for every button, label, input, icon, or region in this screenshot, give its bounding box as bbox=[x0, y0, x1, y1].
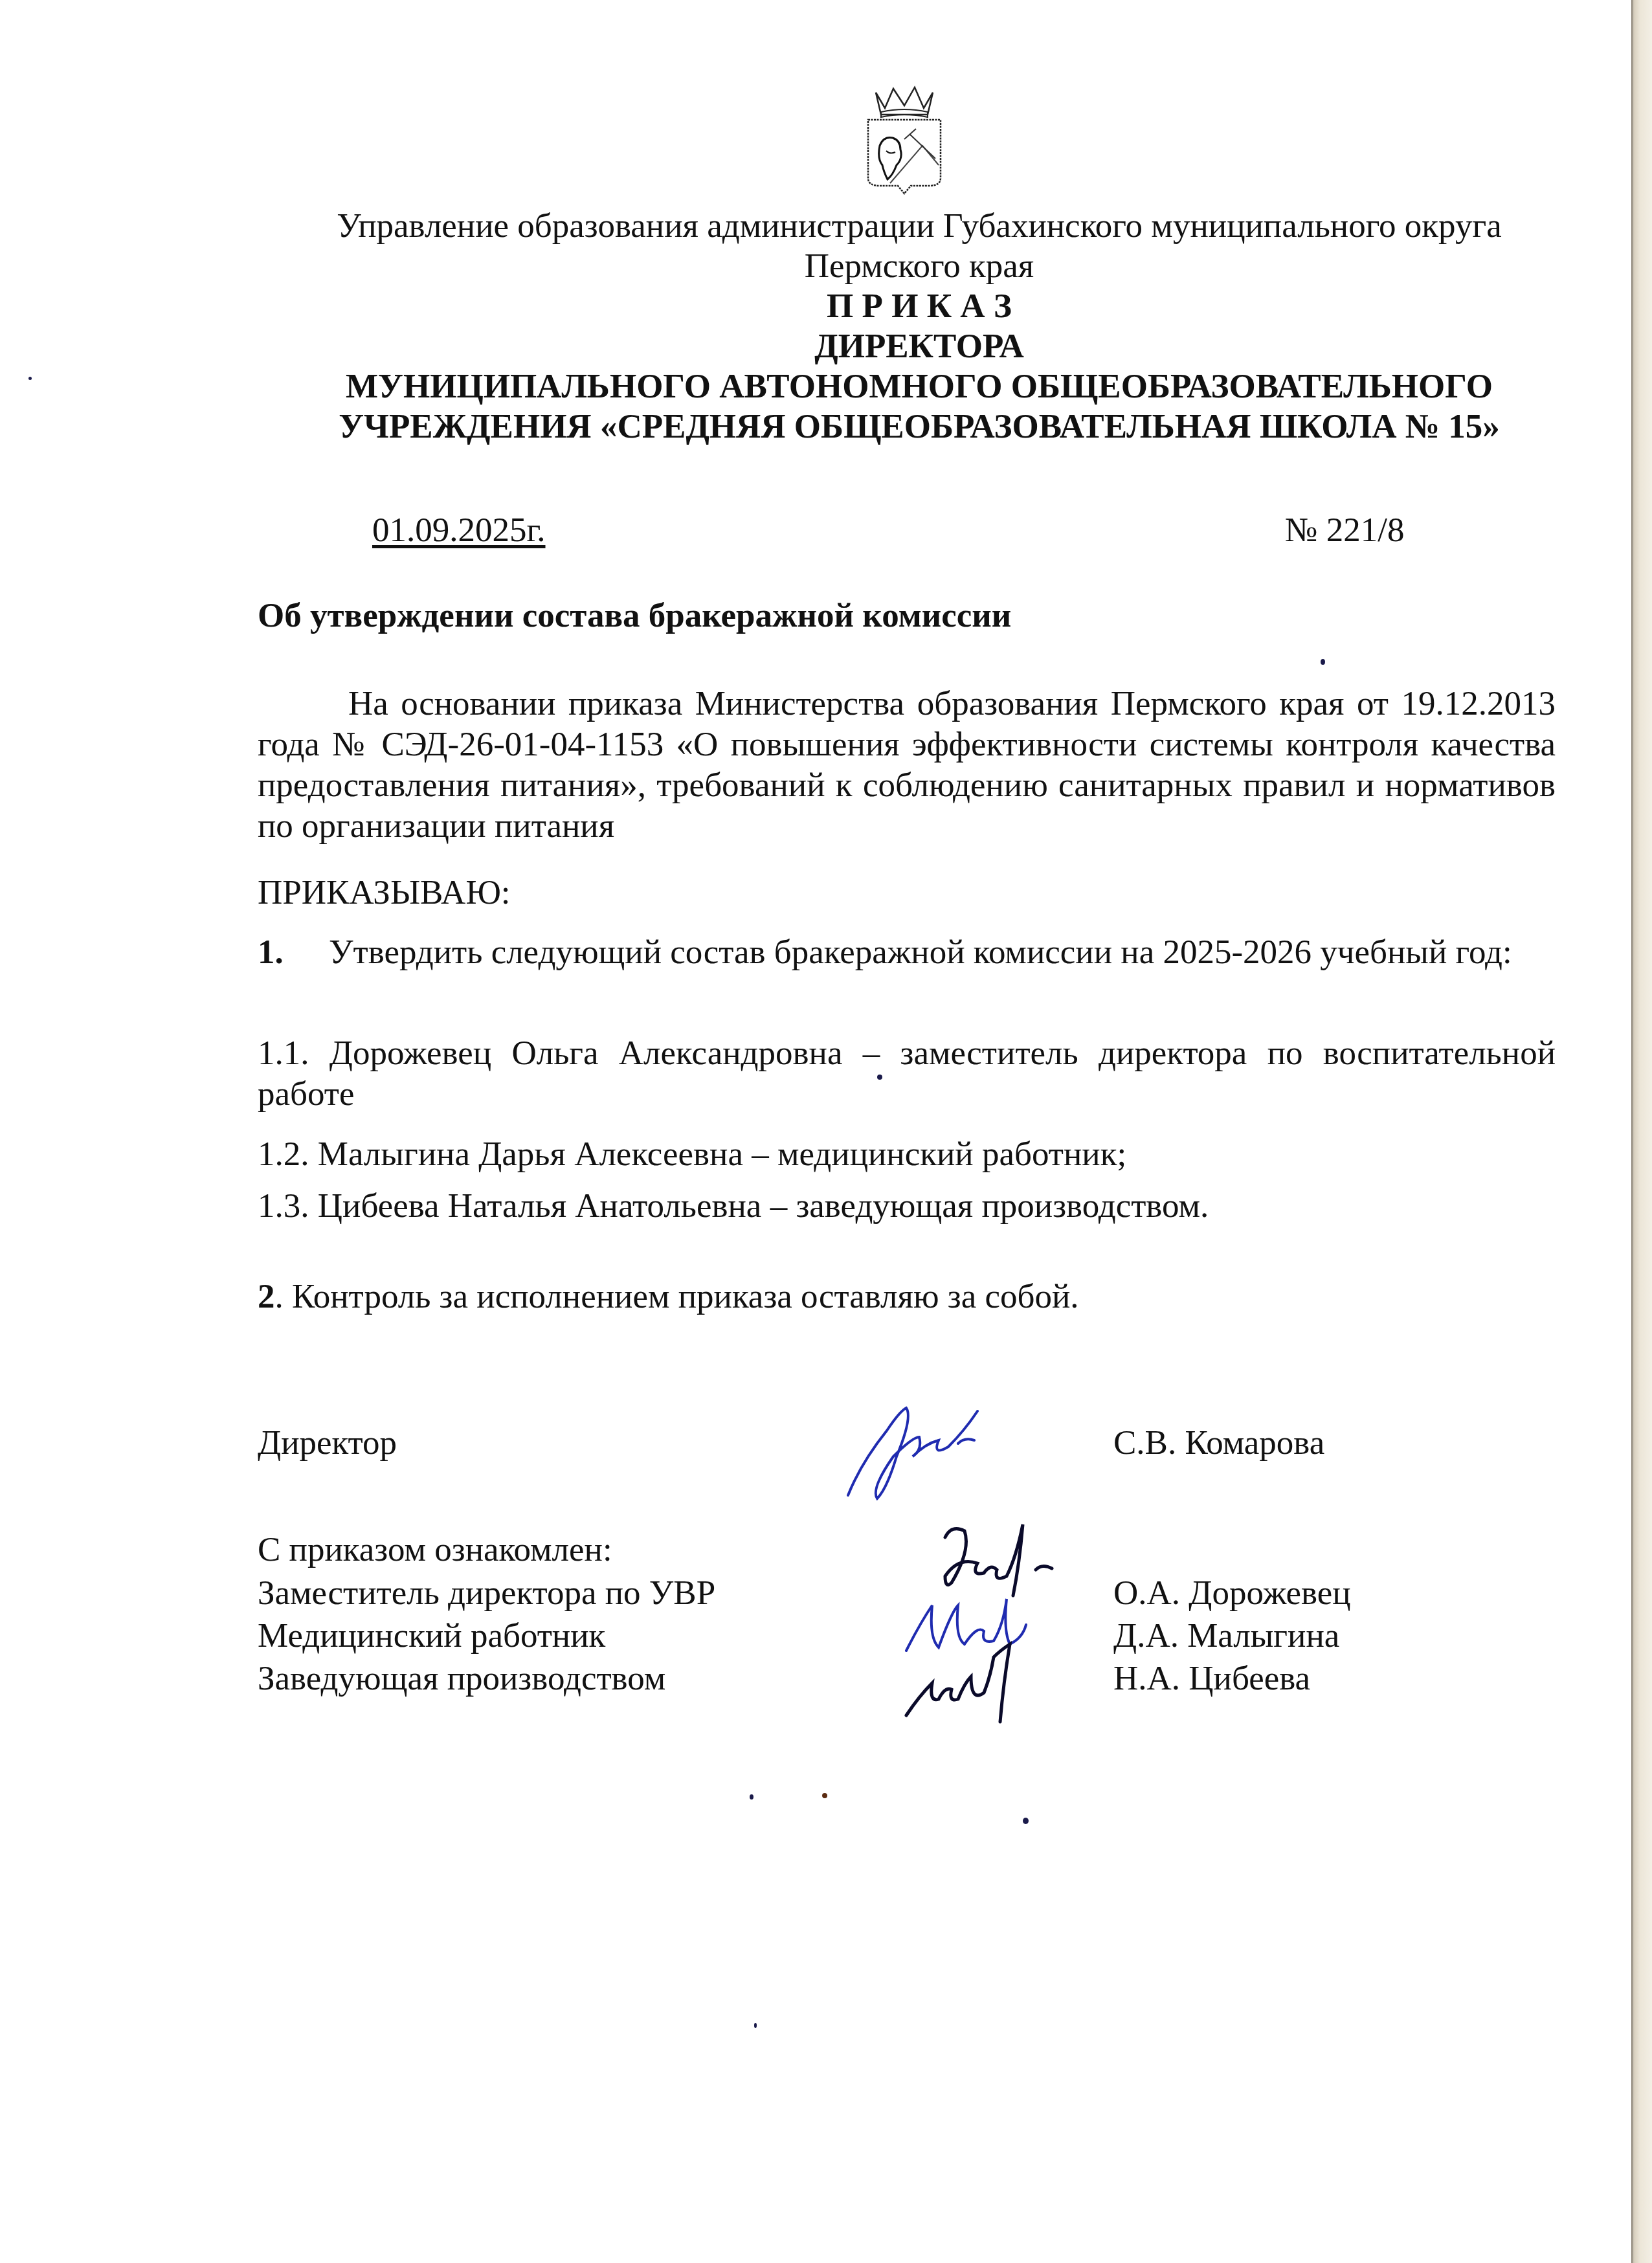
issuer-line-1: ДИРЕКТОРА bbox=[246, 326, 1592, 366]
coat-of-arms-icon bbox=[864, 74, 945, 197]
ack-position-3: Заведующая производством bbox=[258, 1658, 665, 1699]
scan-speck bbox=[750, 1794, 753, 1800]
issuer-line-3: УЧРЕЖДЕНИЯ «СРЕДНЯЯ ОБЩЕОБРАЗОВАТЕЛЬНАЯ … bbox=[246, 407, 1592, 447]
signature-tsibeeva-icon bbox=[893, 1638, 1107, 1728]
ack-name-2: Д.А. Малыгина bbox=[1113, 1616, 1339, 1656]
document-subject: Об утверждении состава бракеражной комис… bbox=[258, 596, 1011, 636]
sub-item-1-1: 1.1. Дорожевец Ольга Александровна – зам… bbox=[258, 1033, 1556, 1115]
order-item-1: 1.Утвердить следующий состав бракеражной… bbox=[258, 932, 1556, 973]
item-number: 1. bbox=[258, 932, 329, 973]
scan-speck bbox=[1321, 659, 1325, 665]
director-signature-icon bbox=[835, 1392, 1042, 1508]
document-type: П Р И К А З bbox=[246, 286, 1592, 326]
issuer-line-2: МУНИЦИПАЛЬНОГО АВТОНОМНОГО ОБЩЕОБРАЗОВАТ… bbox=[246, 366, 1592, 407]
order-item-2: 2. Контроль за исполнением приказа остав… bbox=[258, 1276, 1079, 1317]
scan-edge bbox=[1631, 0, 1652, 2263]
document-number: № 221/8 bbox=[1285, 510, 1405, 550]
preamble-paragraph: На основании приказа Министерства образо… bbox=[258, 684, 1556, 847]
scan-speck bbox=[28, 377, 32, 380]
order-word: ПРИКАЗЫВАЮ: bbox=[258, 873, 511, 913]
item-number: 2 bbox=[258, 1278, 275, 1315]
sub-item-1-3: 1.3. Цибеева Наталья Анатольевна – завед… bbox=[258, 1186, 1556, 1227]
item-text: . Контроль за исполнением приказа оставл… bbox=[275, 1278, 1079, 1315]
scan-speck bbox=[1023, 1818, 1029, 1824]
director-name: С.В. Комарова bbox=[1113, 1423, 1324, 1463]
sub-item-1-2: 1.2. Малыгина Дарья Алексеевна – медицин… bbox=[258, 1134, 1556, 1175]
scan-speck bbox=[877, 1075, 882, 1080]
ack-position-1: Заместитель директора по УВР bbox=[258, 1573, 715, 1613]
ack-position-2: Медицинский работник bbox=[258, 1616, 605, 1656]
document-page: Управление образования администрации Губ… bbox=[0, 0, 1652, 2263]
acknowledgement-heading: С приказом ознакомлен: bbox=[258, 1530, 612, 1570]
ack-name-1: О.А. Дорожевец bbox=[1113, 1573, 1351, 1613]
organization-line-2: Пермского края bbox=[246, 246, 1592, 286]
director-title: Директор bbox=[258, 1423, 397, 1463]
document-header: Управление образования администрации Губ… bbox=[246, 206, 1592, 447]
organization-line-1: Управление образования администрации Губ… bbox=[246, 206, 1592, 246]
document-date: 01.09.2025г. bbox=[372, 510, 546, 550]
scan-speck bbox=[754, 2023, 757, 2028]
ack-name-3: Н.А. Цибеева bbox=[1113, 1658, 1310, 1699]
item-text: Утвердить следующий состав бракеражной к… bbox=[329, 933, 1512, 971]
scan-speck bbox=[822, 1793, 827, 1798]
